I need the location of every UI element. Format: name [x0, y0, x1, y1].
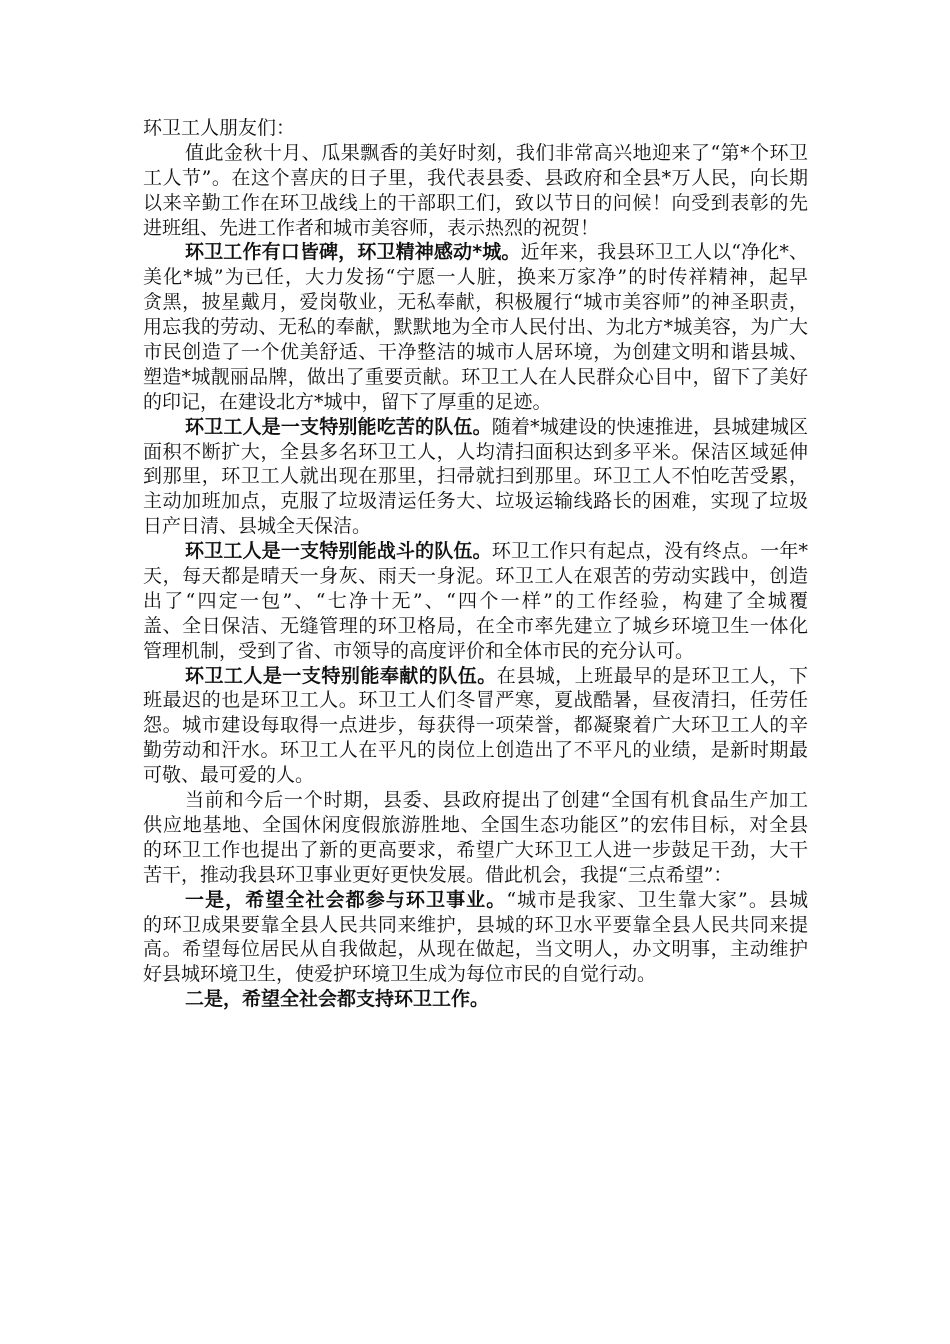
paragraph-line: 当前和今后一个时期，县委、县政府提出了创建“全国有机食品生产加工 [143, 788, 808, 813]
paragraph-line: 市民创造了一个优美舒适、干净整洁的城市人居环境，为创建文明和谐县城、 [143, 340, 808, 365]
paragraph-lead: 环卫工人是一支特别能吃苦的队伍。 [185, 416, 492, 438]
paragraph-text: 随着*城建设的快速推进，县城建城区 [492, 416, 808, 438]
paragraph-dedication: 环卫工人是一支特别能奉献的队伍。在县城，上班最早的是环卫工人，下 班最迟的也是环… [143, 664, 808, 788]
paragraph-line: 环卫工人是一支特别能战斗的队伍。环卫工作只有起点，没有终点。一年* [143, 539, 808, 564]
paragraph-line: 一是，希望全社会都参与环卫事业。“城市是我家、卫生靠大家”。县城 [143, 888, 808, 913]
paragraph-line: 二是，希望全社会都支持环卫工作。 [143, 987, 808, 1012]
paragraph-line: 的环卫成果要靠全县人民共同来维护，县城的环卫水平要靠全县人民共同来提 [143, 913, 808, 938]
paragraph-line: 值此金秋十月、瓜果飘香的美好时刻，我们非常高兴地迎来了“第*个环卫 [143, 141, 808, 166]
paragraph-line: 供应地基地、全国休闲度假旅游胜地、全国生态功能区”的宏伟目标，对全县 [143, 813, 808, 838]
paragraph-hardworking: 环卫工人是一支特别能吃苦的队伍。随着*城建设的快速推进，县城建城区 面积不断扩大… [143, 415, 808, 539]
paragraph-fighting: 环卫工人是一支特别能战斗的队伍。环卫工作只有起点，没有终点。一年* 天，每天都是… [143, 539, 808, 663]
paragraph-line: 班最迟的也是环卫工人。环卫工人们冬冒严寒，夏战酷暑，昼夜清扫，任劳任 [143, 688, 808, 713]
paragraph-lead: 环卫工作有口皆碑，环卫精神感动*城。 [185, 241, 521, 263]
paragraph-goals: 当前和今后一个时期，县委、县政府提出了创建“全国有机食品生产加工 供应地基地、全… [143, 788, 808, 888]
paragraph-line: 塑造*城靓丽品牌，做出了重要贡献。环卫工人在人民群众心目中，留下了美好 [143, 365, 808, 390]
paragraph-line: 工人节”。在这个喜庆的日子里，我代表县委、县政府和全县*万人民，向长期 [143, 166, 808, 191]
paragraph-line: 环卫工作有口皆碑，环卫精神感动*城。近年来，我县环卫工人以“净化*、 [143, 240, 808, 265]
paragraph-line: 勤劳动和汗水。环卫工人在平凡的岗位上创造出了不平凡的业绩，是新时期最 [143, 738, 808, 763]
salutation: 环卫工人朋友们： [143, 116, 808, 141]
paragraph-line: 的印记，在建设北方*城中，留下了厚重的足迹。 [143, 390, 808, 415]
paragraph-line: 到那里，环卫工人就出现在那里，扫帚就扫到那里。环卫工人不怕吃苦受累， [143, 464, 808, 489]
paragraph-line: 用忘我的劳动、无私的奉献，默默地为全市人民付出、为北方*城美容，为广大 [143, 315, 808, 340]
paragraph-line: 天，每天都是晴天一身灰、雨天一身泥。环卫工人在艰苦的劳动实践中，创造 [143, 564, 808, 589]
paragraph-line: 的环卫工作也提出了新的更高要求，希望广大环卫工人进一步鼓足干劲，大干 [143, 838, 808, 863]
paragraph-line: 以来辛勤工作在环卫战线上的干部职工们，致以节日的问候！向受到表彰的先 [143, 191, 808, 216]
paragraph-text: 近年来，我县环卫工人以“净化*、 [521, 241, 808, 263]
paragraph-greeting: 值此金秋十月、瓜果飘香的美好时刻，我们非常高兴地迎来了“第*个环卫 工人节”。在… [143, 141, 808, 241]
paragraph-hope-two: 二是，希望全社会都支持环卫工作。 [143, 987, 808, 1012]
document-page: 环卫工人朋友们： 值此金秋十月、瓜果飘香的美好时刻，我们非常高兴地迎来了“第*个… [143, 116, 808, 1012]
paragraph-line: 出了“四定一包”、“七净十无”、“四个一样”的工作经验，构建了全城覆 [143, 589, 808, 614]
paragraph-line: 环卫工人是一支特别能吃苦的队伍。随着*城建设的快速推进，县城建城区 [143, 415, 808, 440]
paragraph-text: 环卫工作只有起点，没有终点。一年* [492, 540, 808, 562]
paragraph-text: 在县城，上班最早的是环卫工人，下 [497, 665, 808, 687]
paragraph-line: 好县城环境卫生，使爱护环境卫生成为每位市民的自觉行动。 [143, 962, 808, 987]
paragraph-lead: 环卫工人是一支特别能战斗的队伍。 [185, 540, 492, 562]
paragraph-hope-one: 一是，希望全社会都参与环卫事业。“城市是我家、卫生靠大家”。县城 的环卫成果要靠… [143, 888, 808, 988]
paragraph-line: 苦干，推动我县环卫事业更好更快发展。借此机会，我提“三点希望”： [143, 863, 808, 888]
paragraph-line: 可敬、最可爱的人。 [143, 763, 808, 788]
paragraph-lead: 环卫工人是一支特别能奉献的队伍。 [185, 665, 497, 687]
paragraph-praise: 环卫工作有口皆碑，环卫精神感动*城。近年来，我县环卫工人以“净化*、 美化*城”… [143, 240, 808, 414]
paragraph-line: 面积不断扩大，全县多名环卫工人，人均清扫面积达到多平米。保洁区域延伸 [143, 440, 808, 465]
paragraph-line: 盖、全日保洁、无缝管理的环卫格局，在全市率先建立了城乡环境卫生一体化 [143, 614, 808, 639]
paragraph-text: “城市是我家、卫生靠大家”。县城 [506, 889, 808, 911]
paragraph-line: 进班组、先进工作者和城市美容师，表示热烈的祝贺！ [143, 216, 808, 241]
paragraph-line: 环卫工人是一支特别能奉献的队伍。在县城，上班最早的是环卫工人，下 [143, 664, 808, 689]
paragraph-line: 管理机制，受到了省、市领导的高度评价和全体市民的充分认可。 [143, 639, 808, 664]
paragraph-line: 美化*城”为已任，大力发扬“宁愿一人脏，换来万家净”的时传祥精神，起早 [143, 265, 808, 290]
paragraph-lead: 二是，希望全社会都支持环卫工作。 [185, 988, 489, 1010]
paragraph-line: 主动加班加点，克服了垃圾清运任务大、垃圾运输线路长的困难，实现了垃圾 [143, 489, 808, 514]
paragraph-line: 贪黑，披星戴月，爱岗敬业，无私奉献，积极履行“城市美容师”的神圣职责， [143, 290, 808, 315]
paragraph-line: 高。希望每位居民从自我做起，从现在做起，当文明人，办文明事，主动维护 [143, 937, 808, 962]
paragraph-lead: 一是，希望全社会都参与环卫事业。 [185, 889, 506, 911]
paragraph-line: 怨。城市建设每取得一点进步，每获得一项荣誉，都凝聚着广大环卫工人的辛 [143, 713, 808, 738]
paragraph-line: 日产日清、县城全天保洁。 [143, 514, 808, 539]
